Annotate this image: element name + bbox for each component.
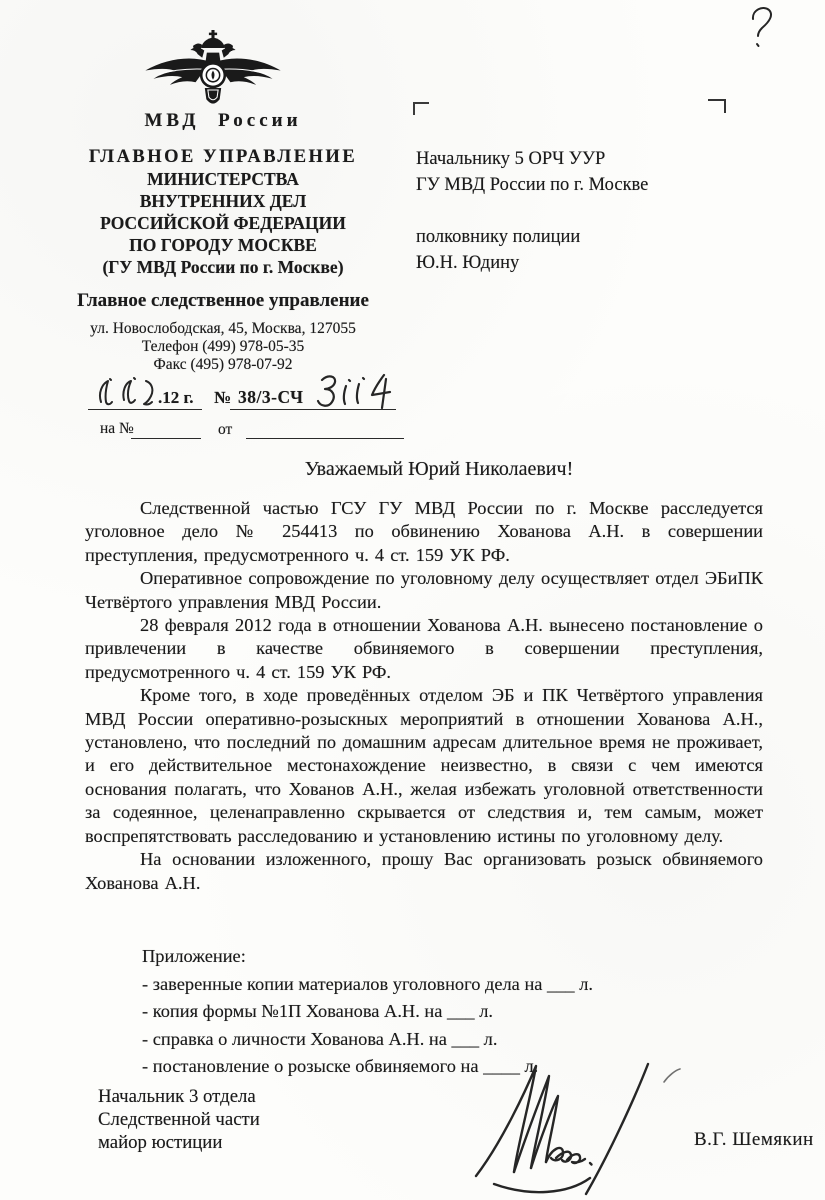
phone-line: Телефон (499) 978-05-35	[75, 338, 371, 356]
scanned-letter-page: { "letterhead": { "emblem_icon": "mvd-do…	[0, 0, 825, 1200]
org-line: МИНИСТЕРСТВА	[75, 168, 371, 190]
addressee-organization: ГУ МВД России по г. Москве	[416, 172, 726, 198]
attachments-title: Приложение:	[142, 943, 702, 971]
address-corner-mark-right	[708, 99, 726, 113]
letter-body: Следственной частью ГСУ ГУ МВД России по…	[85, 497, 763, 895]
reply-from-date-label: от	[218, 421, 232, 439]
address-corner-mark-left	[413, 102, 429, 115]
outgoing-number: 38/3-СЧ	[238, 387, 304, 408]
reply-number-blank-line	[131, 438, 201, 439]
body-paragraph: Кроме того, в ходе проведённых отделом Э…	[85, 684, 763, 848]
signer-position-line: Начальник 3 отдела	[98, 1085, 260, 1108]
signer-position-line: майор юстиции	[98, 1131, 260, 1154]
org-line-short-name: (ГУ МВД России по г. Москве)	[75, 256, 371, 278]
attachment-item: - копия формы №1П Хованова А.Н. на ___ л…	[142, 998, 702, 1026]
addressee-block: Начальнику 5 ОРЧ УУР ГУ МВД России по г.…	[416, 146, 726, 276]
org-line: ВНУТРЕННИХ ДЕЛ	[75, 190, 371, 212]
attachment-item: - заверенные копии материалов уголовного…	[142, 971, 702, 999]
organization-name-block: ГЛАВНОЕ УПРАВЛЕНИЕ МИНИСТЕРСТВА ВНУТРЕНН…	[75, 146, 371, 278]
addressee-rank: полковнику полиции	[416, 224, 726, 250]
body-paragraph: Следственной частью ГСУ ГУ МВД России по…	[85, 497, 763, 567]
signer-position-block: Начальник 3 отдела Следственной части ма…	[98, 1085, 260, 1155]
number-sign-label: №	[214, 388, 231, 408]
division-name: Главное следственное управление	[75, 290, 371, 312]
reply-date-blank-line	[246, 438, 404, 439]
date-year-suffix: .12 г.	[158, 388, 194, 408]
mvd-double-headed-eagle-icon	[143, 30, 283, 110]
body-paragraph: Оперативное сопровождение по уголовному …	[85, 567, 763, 614]
addressee-name: Ю.Н. Юдину	[416, 250, 726, 276]
reply-to-number-label: на №	[100, 420, 134, 438]
letterhead-contacts: ул. Новослободская, 45, Москва, 127055 Т…	[75, 320, 371, 374]
org-line: ГЛАВНОЕ УПРАВЛЕНИЕ	[75, 146, 371, 168]
handwritten-date	[93, 377, 165, 411]
attachment-item: - справка о личности Хованова А.Н. на __…	[142, 1026, 702, 1054]
number-blank-line	[230, 409, 396, 410]
body-paragraph: На основании изложенного, прошу Вас орга…	[85, 848, 763, 895]
handwritten-question-mark	[748, 5, 778, 51]
salutation: Уважаемый Юрий Николаевич!	[100, 458, 778, 481]
handwritten-number	[314, 371, 400, 411]
street-address: ул. Новослободская, 45, Москва, 127055	[75, 320, 371, 338]
org-line: ПО ГОРОДУ МОСКВЕ	[75, 234, 371, 256]
signer-name: В.Г. Шемякин	[694, 1129, 814, 1151]
ministry-short-title: МВД России	[75, 110, 371, 132]
body-paragraph: 28 февраля 2012 года в отношении Хованов…	[85, 614, 763, 684]
addressee-person-group: полковнику полиции Ю.Н. Юдину	[416, 224, 726, 276]
org-line: РОССИЙСКОЙ ФЕДЕРАЦИИ	[75, 212, 371, 234]
handwritten-signature	[468, 1056, 703, 1198]
date-blank-line	[88, 409, 202, 410]
signer-position-line: Следственной части	[98, 1108, 260, 1131]
addressee-post: Начальнику 5 ОРЧ УУР	[416, 146, 726, 172]
